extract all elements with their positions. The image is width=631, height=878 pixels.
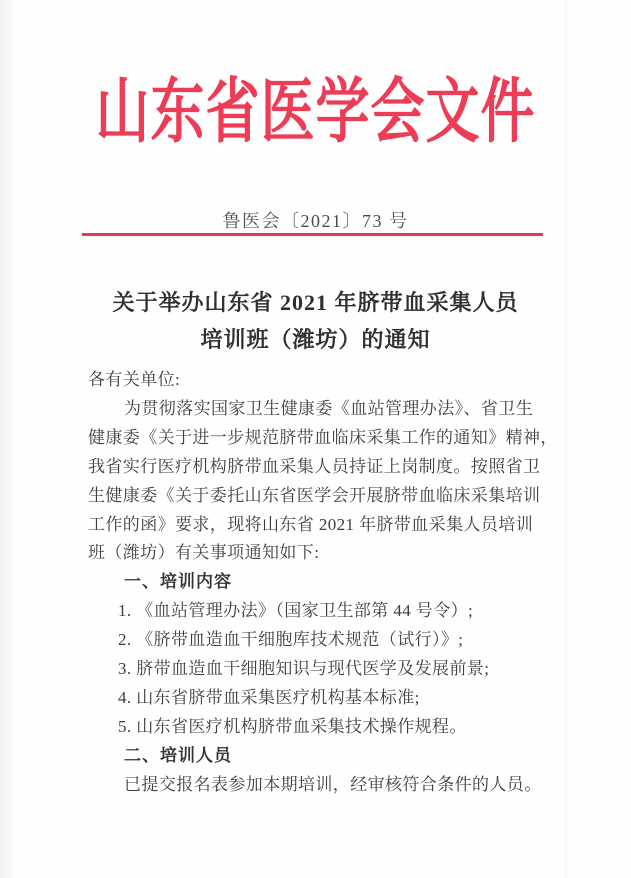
- list-item-4: 4. 山东省脐带血采集医疗机构基本标准;: [88, 684, 558, 713]
- list-item-5: 5. 山东省医疗机构脐带血采集技术操作规程。: [88, 713, 558, 742]
- section-heading-training-content: 一、培训内容: [88, 568, 558, 597]
- notice-title-line-2: 培训班（潍坊）的通知: [0, 321, 631, 358]
- scanned-document-page: 山东省医学会文件 鲁医会〔2021〕73 号 关于举办山东省 2021 年脐带血…: [0, 0, 631, 878]
- paragraph-line: 我省实行医疗机构脐带血采集人员持证上岗制度。按照省卫: [88, 453, 558, 482]
- letterhead-title: 山东省医学会文件: [0, 72, 631, 153]
- paragraph-line: 健康委《关于进一步规范脐带血临床采集工作的通知》精神，: [88, 424, 558, 453]
- section-heading-trainees: 二、培训人员: [88, 742, 558, 771]
- paragraph-line: 班（潍坊）有关事项通知如下:: [88, 539, 558, 568]
- notice-body: 各有关单位: 为贯彻落实国家卫生健康委《血站管理办法》、省卫生 健康委《关于进一…: [88, 366, 558, 800]
- trainees-line: 已提交报名表参加本期培训，经审核符合条件的人员。: [88, 771, 558, 800]
- doc-number: 鲁医会〔2021〕73 号: [0, 207, 631, 233]
- notice-title-line-1: 关于举办山东省 2021 年脐带血采集人员: [0, 284, 631, 321]
- notice-title: 关于举办山东省 2021 年脐带血采集人员 培训班（潍坊）的通知: [0, 284, 631, 358]
- paragraph-line: 为贯彻落实国家卫生健康委《血站管理办法》、省卫生: [88, 395, 558, 424]
- salutation: 各有关单位:: [88, 366, 558, 395]
- list-item-1: 1. 《血站管理办法》（国家卫生部第 44 号令）;: [88, 597, 558, 626]
- paragraph-line: 生健康委《关于委托山东省医学会开展脐带血临床采集培训: [88, 482, 558, 511]
- list-item-3: 3. 脐带血造血干细胞知识与现代医学及发展前景;: [88, 655, 558, 684]
- letterhead-divider: [82, 233, 543, 236]
- paragraph-line: 工作的函》要求，现将山东省 2021 年脐带血采集人员培训: [88, 511, 558, 540]
- list-item-2: 2. 《脐带血造血干细胞库技术规范（试行）》;: [88, 626, 558, 655]
